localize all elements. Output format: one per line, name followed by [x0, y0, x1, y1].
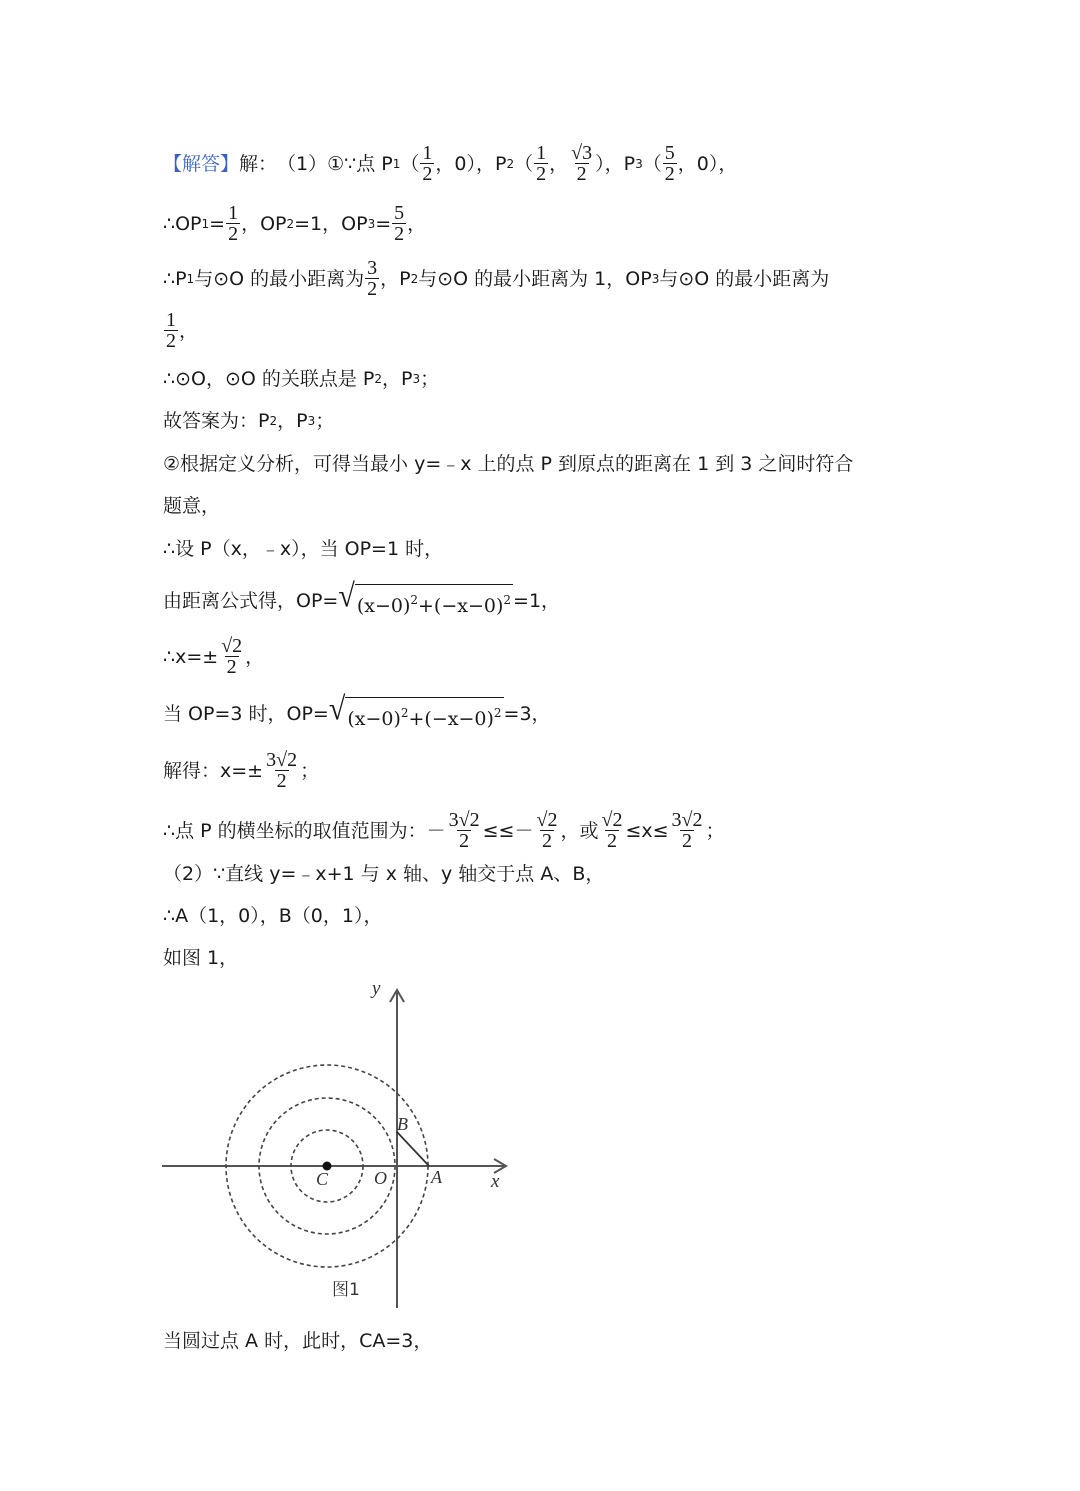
solution-line-18: 当圆过点 A 时，此时，CA=3，: [163, 1328, 432, 1354]
text-span: ，: [179, 318, 198, 344]
answer-heading: 【解答】: [163, 151, 239, 177]
text-span: (x−0): [357, 595, 411, 617]
text-span: +(−x−0): [409, 708, 494, 730]
solution-line-17: 如图 1，: [163, 945, 238, 971]
solution-line-5: ∴⊙O，⊙O 的关联点是 P2 ，P3 ；: [163, 366, 439, 392]
label-center-c: C: [316, 1169, 328, 1190]
solution-line-7: ②根据定义分析，可得当最小 y=﹣x 上的点 P 到原点的距离在 1 到 3 之…: [163, 451, 853, 477]
text-span: ；: [420, 366, 439, 392]
text-span: ∴P: [163, 266, 187, 292]
solution-line-8: 题意，: [163, 493, 220, 519]
numerator: 5: [392, 203, 406, 223]
answer-intro: 解：: [239, 151, 277, 177]
text-span: ∴OP: [163, 211, 202, 237]
solution-line-9: ∴设 P（x，﹣x），当 OP=1 时，: [163, 536, 443, 562]
numerator: 1: [164, 310, 178, 330]
text-span: ；: [300, 758, 319, 784]
denominator: 2: [392, 223, 406, 244]
subscript: 2: [506, 151, 514, 177]
superscript: 2: [503, 593, 511, 607]
fraction: 3√22: [670, 810, 705, 851]
fraction: 3√22: [264, 750, 299, 791]
figure-1-diagram: y x B A O C 图1: [160, 978, 520, 1313]
label-x-axis: x: [491, 1171, 499, 1193]
subscript: 1: [187, 266, 195, 292]
subscript: 2: [411, 266, 419, 292]
text-span: ，: [549, 151, 568, 177]
text-span: ，P: [380, 266, 410, 292]
numerator: √2: [219, 636, 244, 656]
text-span: ≤≤－: [483, 818, 534, 844]
denominator: 2: [365, 278, 379, 299]
solution-line-3: ∴P1 与⊙O 的最小距离为 32 ，P2 与⊙O 的最小距离为 1，OP3 与…: [163, 258, 829, 299]
superscript: 2: [494, 706, 502, 720]
text-span: ，OP: [241, 211, 286, 237]
text-span: （: [643, 151, 662, 177]
denominator: 2: [164, 330, 178, 351]
subscript: 2: [374, 366, 382, 392]
numerator: 3: [365, 258, 379, 278]
text-span: =: [209, 211, 225, 237]
solution-line-11: ∴x=± √22 ，: [163, 636, 264, 677]
text-span: ≤x≤: [625, 818, 668, 844]
numerator: 1: [534, 143, 548, 163]
fraction: 52: [392, 203, 406, 244]
text-span: =1，: [513, 588, 560, 614]
text-span: ，0），: [678, 151, 738, 177]
square-root: √ (x−0)2+(−x−0)2: [329, 695, 504, 732]
fraction: √22: [599, 810, 624, 851]
text-span: （: [514, 151, 533, 177]
text-span: 与⊙O 的最小距离为 1，OP: [418, 266, 651, 292]
text-span: ，P: [382, 366, 412, 392]
text-span: ∴设 P（x，﹣x），当 OP=1 时，: [163, 536, 443, 562]
numerator: √2: [599, 810, 624, 830]
text-span: 与⊙O 的最小距离为: [194, 266, 364, 292]
text-span: ，: [245, 644, 264, 670]
text-span: ，: [407, 211, 426, 237]
text-span: 解得：x=±: [163, 758, 263, 784]
fraction: 12: [420, 143, 434, 184]
fraction: √32: [569, 143, 594, 184]
figure-caption: 图1: [332, 1275, 360, 1300]
text-span: 与⊙O 的最小距离为: [659, 266, 829, 292]
text-span: ），P: [595, 151, 635, 177]
subscript: 3: [635, 151, 643, 177]
subscript: 3: [368, 211, 376, 237]
text-span: （: [400, 151, 419, 177]
text-span: +(−x−0): [418, 595, 503, 617]
text-span: ∴x=±: [163, 644, 218, 670]
text-span: ；: [315, 408, 334, 434]
label-point-a: A: [431, 1167, 442, 1188]
text-span: ，P: [277, 408, 307, 434]
radicand: (x−0)2+(−x−0)2: [355, 584, 513, 619]
fraction: 32: [365, 258, 379, 299]
solution-line-6: 故答案为：P2 ，P3 ；: [163, 408, 334, 434]
fraction: √22: [534, 810, 559, 851]
text-span: 由距离公式得，OP=: [163, 588, 338, 614]
solution-line-14: ∴点 P 的横坐标的取值范围为：－ 3√22 ≤≤－ √22 ，或 √22 ≤x…: [163, 810, 725, 851]
solution-line-13: 解得：x=± 3√22 ；: [163, 750, 319, 791]
text-span: =3，: [504, 701, 551, 727]
subscript: 1: [393, 151, 401, 177]
text-span: (x−0): [347, 708, 401, 730]
text-span: ②根据定义分析，可得当最小 y=﹣x 上的点 P 到原点的距离在 1 到 3 之…: [163, 451, 853, 477]
numerator: 1: [420, 143, 434, 163]
text-span: ；: [706, 818, 725, 844]
denominator: 2: [534, 163, 548, 184]
denominator: 2: [275, 770, 289, 791]
superscript: 2: [410, 593, 418, 607]
fraction: 12: [164, 310, 178, 351]
solution-line-15: （2）∵直线 y=﹣x+1 与 x 轴、y 轴交于点 A、B，: [163, 861, 604, 887]
solution-line-10: 由距离公式得，OP= √ (x−0)2+(−x−0)2 =1，: [163, 582, 560, 619]
label-y-axis: y: [372, 978, 380, 1000]
fraction: 3√22: [447, 810, 482, 851]
numerator: 5: [663, 143, 677, 163]
subscript: 3: [308, 408, 316, 434]
denominator: 2: [663, 163, 677, 184]
fraction: 12: [226, 203, 240, 244]
text-span: ∴A（1，0），B（0，1），: [163, 903, 382, 929]
numerator: 1: [226, 203, 240, 223]
radicand: (x−0)2+(−x−0)2: [345, 697, 503, 732]
text-span: ，或: [560, 818, 598, 844]
denominator: 2: [680, 830, 694, 851]
text-span: （1）①∵点 P: [277, 151, 393, 177]
fraction: 12: [534, 143, 548, 184]
numerator: 3√2: [670, 810, 705, 830]
subscript: 2: [287, 211, 295, 237]
denominator: 2: [420, 163, 434, 184]
denominator: 2: [457, 830, 471, 851]
text-span: （2）∵直线 y=﹣x+1 与 x 轴、y 轴交于点 A、B，: [163, 861, 604, 887]
fraction: 52: [663, 143, 677, 184]
text-span: 如图 1，: [163, 945, 238, 971]
text-span: 当圆过点 A 时，此时，CA=3，: [163, 1328, 432, 1354]
solution-line-2: ∴OP1 = 12 ，OP2 =1，OP3 = 52 ，: [163, 203, 426, 244]
denominator: 2: [225, 656, 239, 677]
solution-line-12: 当 OP=3 时，OP= √ (x−0)2+(−x−0)2 =3，: [163, 695, 551, 732]
label-origin-o: O: [374, 1168, 387, 1189]
numerator: 3√2: [447, 810, 482, 830]
text-span: =: [375, 211, 391, 237]
subscript: 1: [202, 211, 210, 237]
subscript: 2: [269, 408, 277, 434]
solution-line-4: 12 ，: [163, 310, 198, 351]
denominator: 2: [540, 830, 554, 851]
denominator: 2: [575, 163, 589, 184]
solution-line-16: ∴A（1，0），B（0，1），: [163, 903, 382, 929]
text-span: ∴⊙O，⊙O 的关联点是 P: [163, 366, 374, 392]
coordinate-diagram: [160, 978, 520, 1313]
subscript: 3: [652, 266, 660, 292]
superscript: 2: [401, 706, 409, 720]
subscript: 3: [413, 366, 421, 392]
text-span: 故答案为：P: [163, 408, 269, 434]
denominator: 2: [226, 223, 240, 244]
text-span: ∴点 P 的横坐标的取值范围为：－: [163, 818, 446, 844]
label-point-b: B: [397, 1114, 408, 1135]
denominator: 2: [605, 830, 619, 851]
radical-sign: √: [329, 693, 345, 734]
text-span: ，0），P: [435, 151, 506, 177]
square-root: √ (x−0)2+(−x−0)2: [338, 582, 513, 619]
text-span: 当 OP=3 时，OP=: [163, 701, 329, 727]
numerator: 3√2: [264, 750, 299, 770]
numerator: √2: [534, 810, 559, 830]
solution-line-1: 【解答】 解： （1）①∵点 P1 （ 12 ，0），P2 （ 12 ， √32…: [163, 143, 737, 184]
fraction: √22: [219, 636, 244, 677]
numerator: √3: [569, 143, 594, 163]
document-page: 【解答】 解： （1）①∵点 P1 （ 12 ，0），P2 （ 12 ， √32…: [0, 0, 1080, 1491]
text-span: 题意，: [163, 493, 220, 519]
text-span: =1，OP: [294, 211, 367, 237]
radical-sign: √: [338, 580, 354, 621]
